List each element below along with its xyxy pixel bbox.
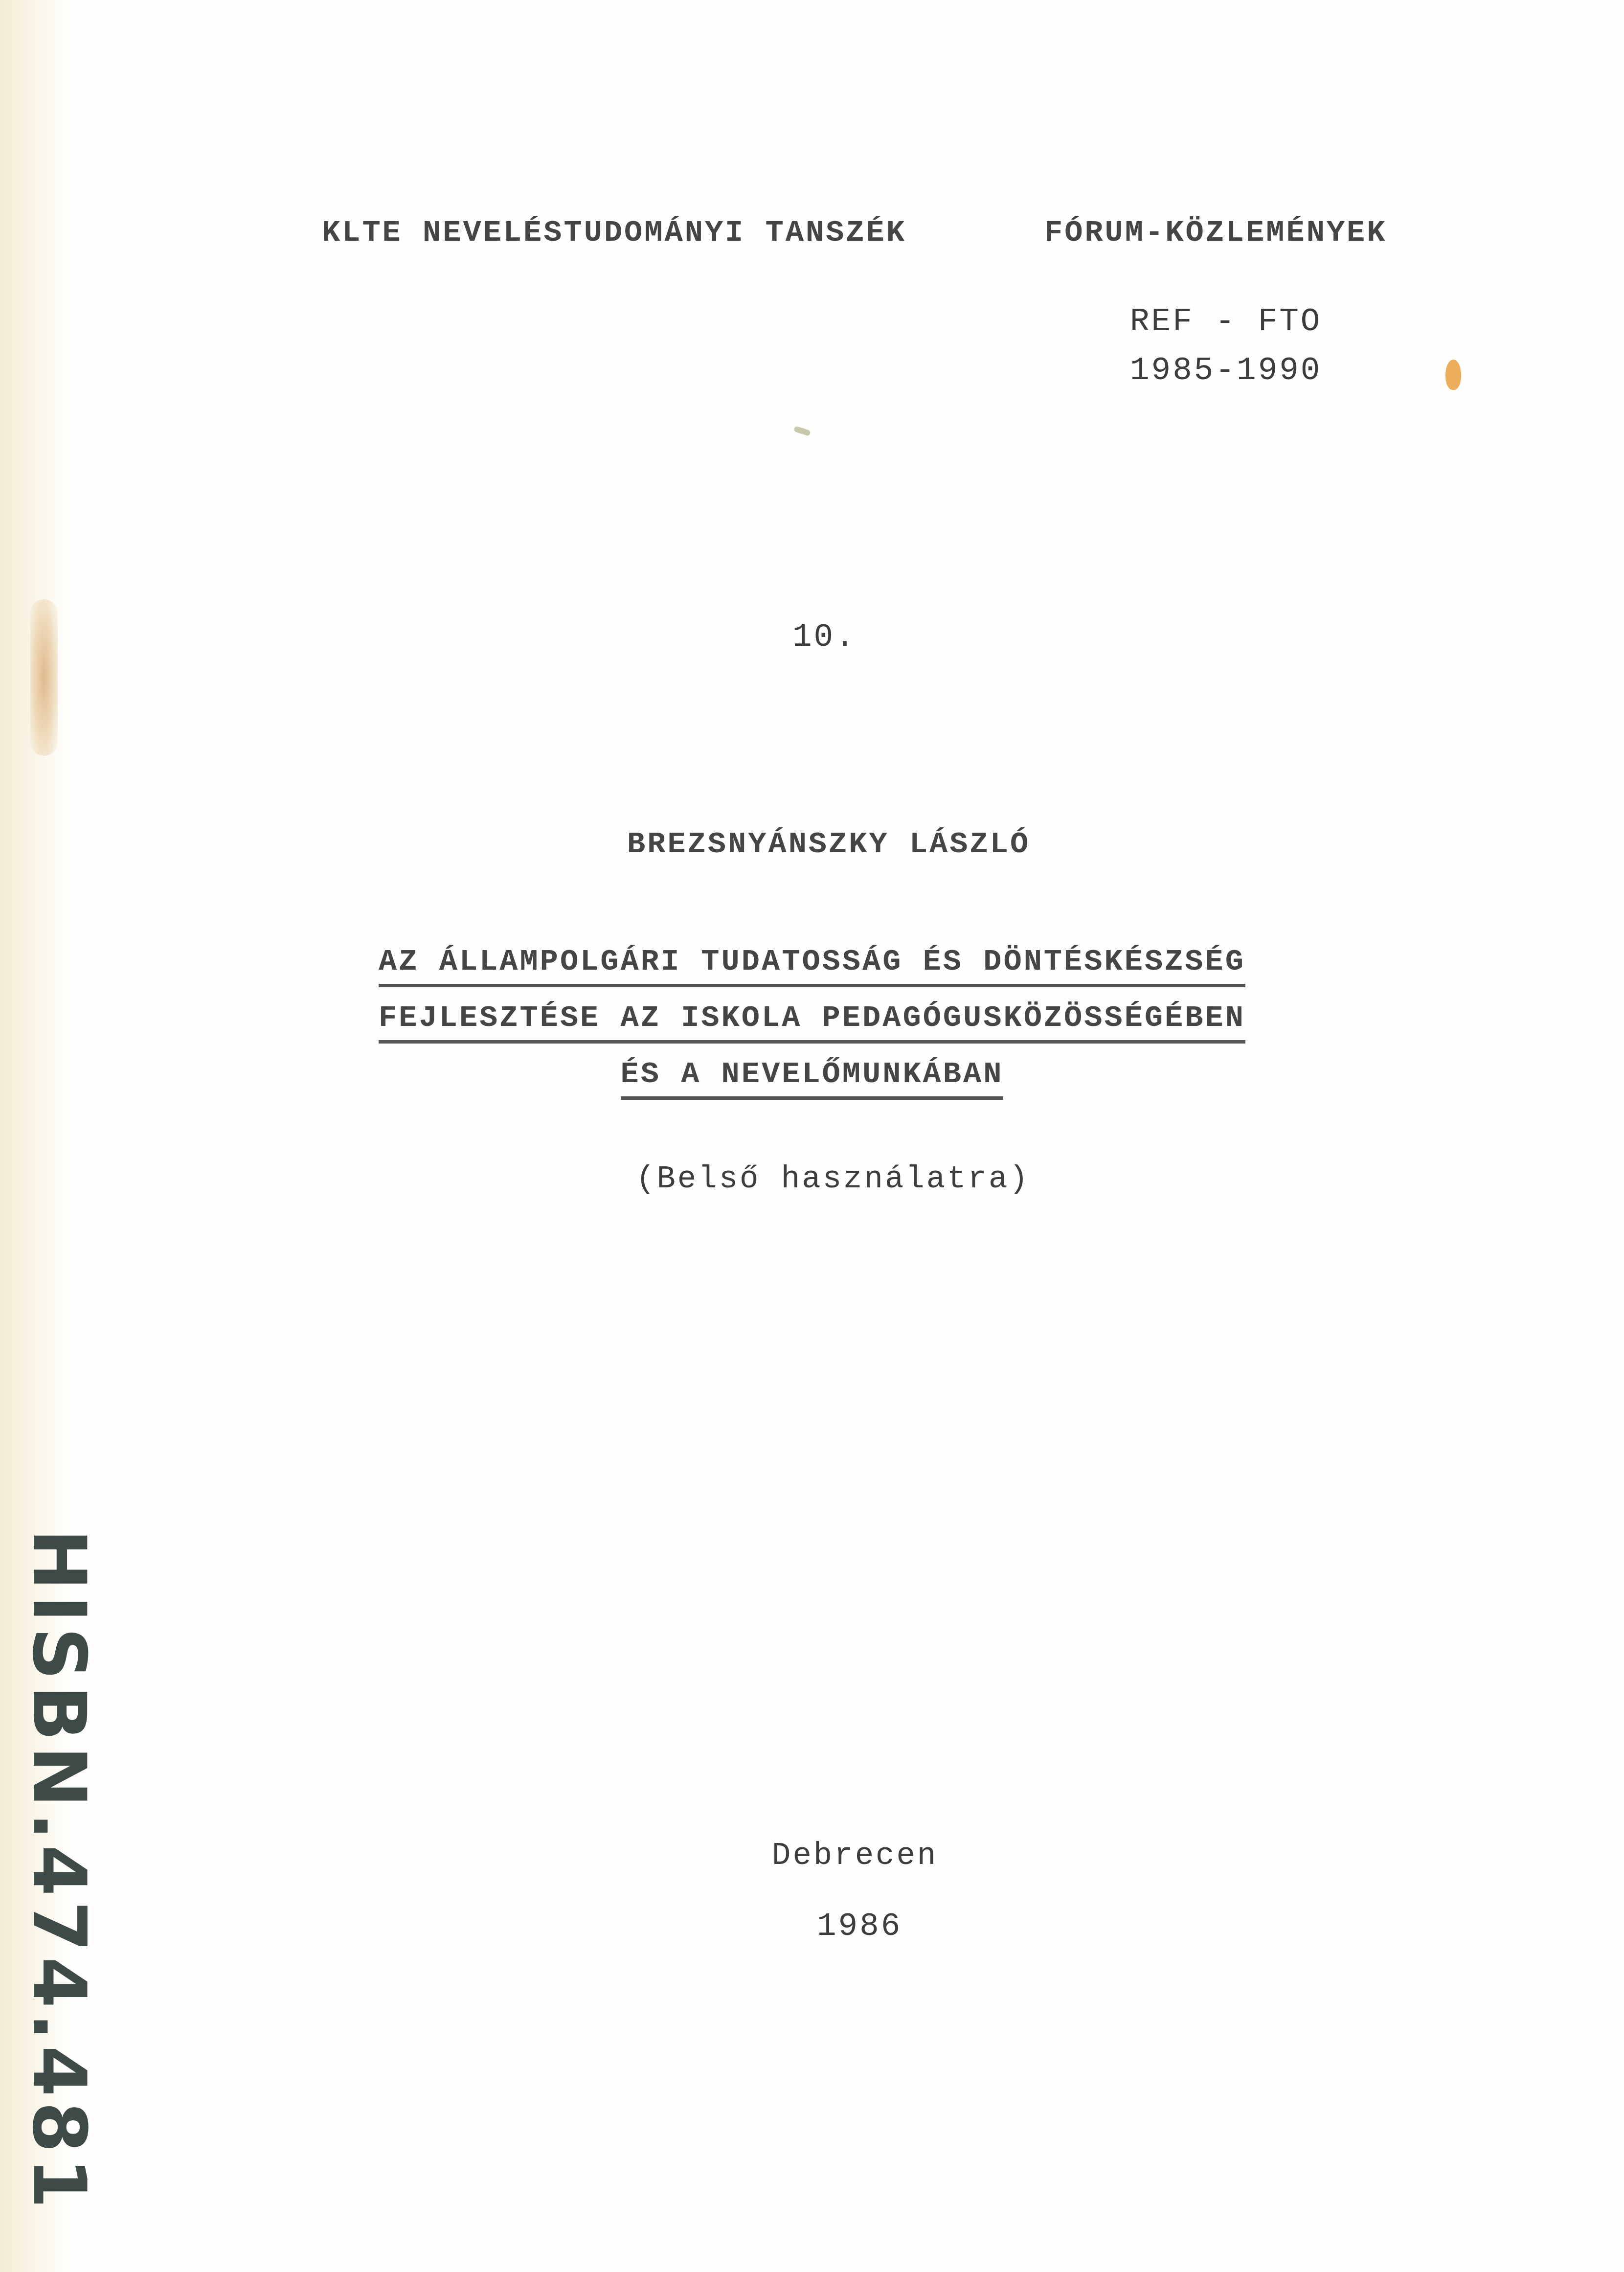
issue-number: 10. [792,619,857,656]
title-line-1-text: AZ ÁLLAMPOLGÁRI TUDATOSSÁG ÉS DÖNTÉSKÉSZ… [379,944,1245,987]
title-line-1: AZ ÁLLAMPOLGÁRI TUDATOSSÁG ÉS DÖNTÉSKÉSZ… [0,944,1624,987]
series-name: FÓRUM-KÖZLEMÉNYEK [1044,215,1387,250]
title-line-3-text: ÉS A NEVELŐMUNKÁBAN [621,1057,1004,1100]
title-line-2-text: FEJLESZTÉSE AZ ISKOLA PEDAGÓGUSKÖZÖSSÉGÉ… [379,1000,1245,1044]
stain-mark-right [1445,360,1461,390]
paper-speck [793,426,811,436]
department-name: KLTE NEVELÉSTUDOMÁNYI TANSZÉK [322,215,906,250]
usage-note: (Belső használatra) [636,1162,1030,1197]
reference-code: REF - FTO [1130,303,1322,340]
title-line-2: FEJLESZTÉSE AZ ISKOLA PEDAGÓGUSKÖZÖSSÉGÉ… [0,1000,1624,1044]
stain-mark-left [30,599,58,756]
series-period: 1985-1990 [1130,352,1322,389]
title-line-3: ÉS A NEVELŐMUNKÁBAN [0,1057,1624,1100]
publication-year: 1986 [817,1908,902,1945]
library-stamp: HISBN.474.481 [20,1529,98,2175]
author-name: BREZSNYÁNSZKY LÁSZLÓ [627,827,1030,862]
publication-place: Debrecen [772,1839,938,1874]
